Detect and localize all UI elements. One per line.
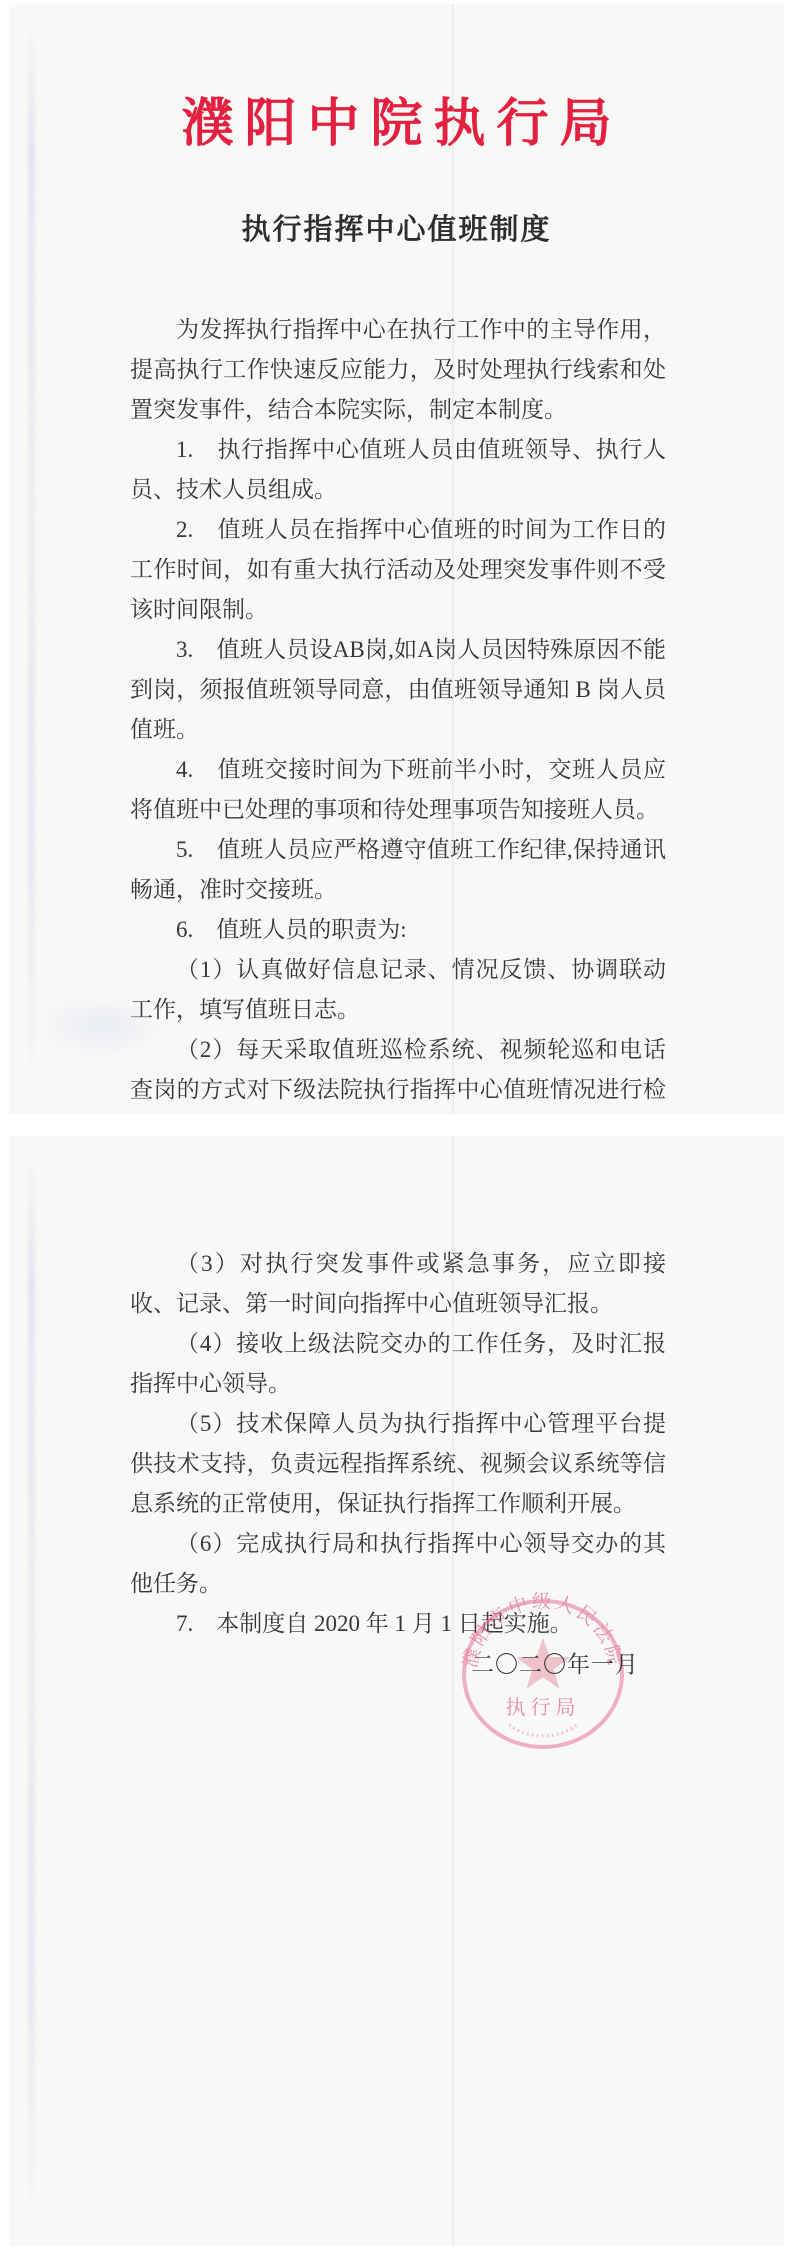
seal-bottom-text: 执行局 bbox=[506, 1696, 581, 1719]
paragraph-item-4: 4. 值班交接时间为下班前半小时，交班人员应将值班中已处理的事项和待处理事项告知… bbox=[130, 750, 666, 830]
document-title: 濮阳中院执行局 bbox=[9, 94, 784, 156]
scan-edge-smudge bbox=[28, 22, 35, 1092]
paragraph-item-6-2: （2）每天采取值班巡检系统、视频轮巡和电话查岗的方式对下级法院执行指挥中心值班情… bbox=[130, 1030, 666, 1114]
paragraph-item-3: 3. 值班人员设AB岗,如A岗人员因特殊原因不能到岗，须报值班领导同意，由值班领… bbox=[130, 630, 666, 750]
paragraph-item-6: 6. 值班人员的职责为: bbox=[130, 910, 666, 950]
seal-code-marks bbox=[509, 1725, 577, 1736]
page2-body: （3）对执行突发事件或紧急事务，应立即接收、记录、第一时间向指挥中心值班领导汇报… bbox=[9, 1136, 784, 1644]
paragraph-item-6-1: （1）认真做好信息记录、情况反馈、协调联动工作，填写值班日志。 bbox=[130, 950, 666, 1030]
document-page-1: 濮阳中院执行局 执行指挥中心值班制度 为发挥执行指挥中心在执行工作中的主导作用，… bbox=[9, 4, 784, 1114]
scan-ink-blob bbox=[37, 994, 167, 1058]
paragraph-item-1: 1. 执行指挥中心值班人员由值班领导、执行人员、技术人员组成。 bbox=[130, 430, 666, 510]
scan-edge-smudge bbox=[28, 1154, 35, 2224]
paragraph-item-5: 5. 值班人员应严格遵守值班工作纪律,保持通讯畅通，准时交接班。 bbox=[130, 830, 666, 910]
paragraph-intro: 为发挥执行指挥中心在执行工作中的主导作用，提高执行工作快速反应能力，及时处理执行… bbox=[130, 310, 666, 430]
document-page-2: （3）对执行突发事件或紧急事务，应立即接收、记录、第一时间向指挥中心值班领导汇报… bbox=[9, 1136, 784, 2246]
document-date: 二〇二〇年一月 bbox=[471, 1650, 639, 1680]
document-subtitle: 执行指挥中心值班制度 bbox=[9, 212, 784, 248]
scan-artifact-line bbox=[452, 4, 454, 1114]
paragraph-item-6-4: （4）接收上级法院交办的工作任务，及时汇报指挥中心领导。 bbox=[130, 1324, 666, 1404]
paragraph-item-2: 2. 值班人员在指挥中心值班的时间为工作日的工作时间，如有重大执行活动及处理突发… bbox=[130, 510, 666, 630]
scan-artifact-line bbox=[452, 1136, 454, 2246]
page-gap bbox=[0, 1114, 793, 1136]
paragraph-item-6-3: （3）对执行突发事件或紧急事务，应立即接收、记录、第一时间向指挥中心值班领导汇报… bbox=[130, 1244, 666, 1324]
paragraph-item-6-5: （5）技术保障人员为执行指挥中心管理平台提供技术支持，负责远程指挥系统、视频会议… bbox=[130, 1404, 666, 1524]
